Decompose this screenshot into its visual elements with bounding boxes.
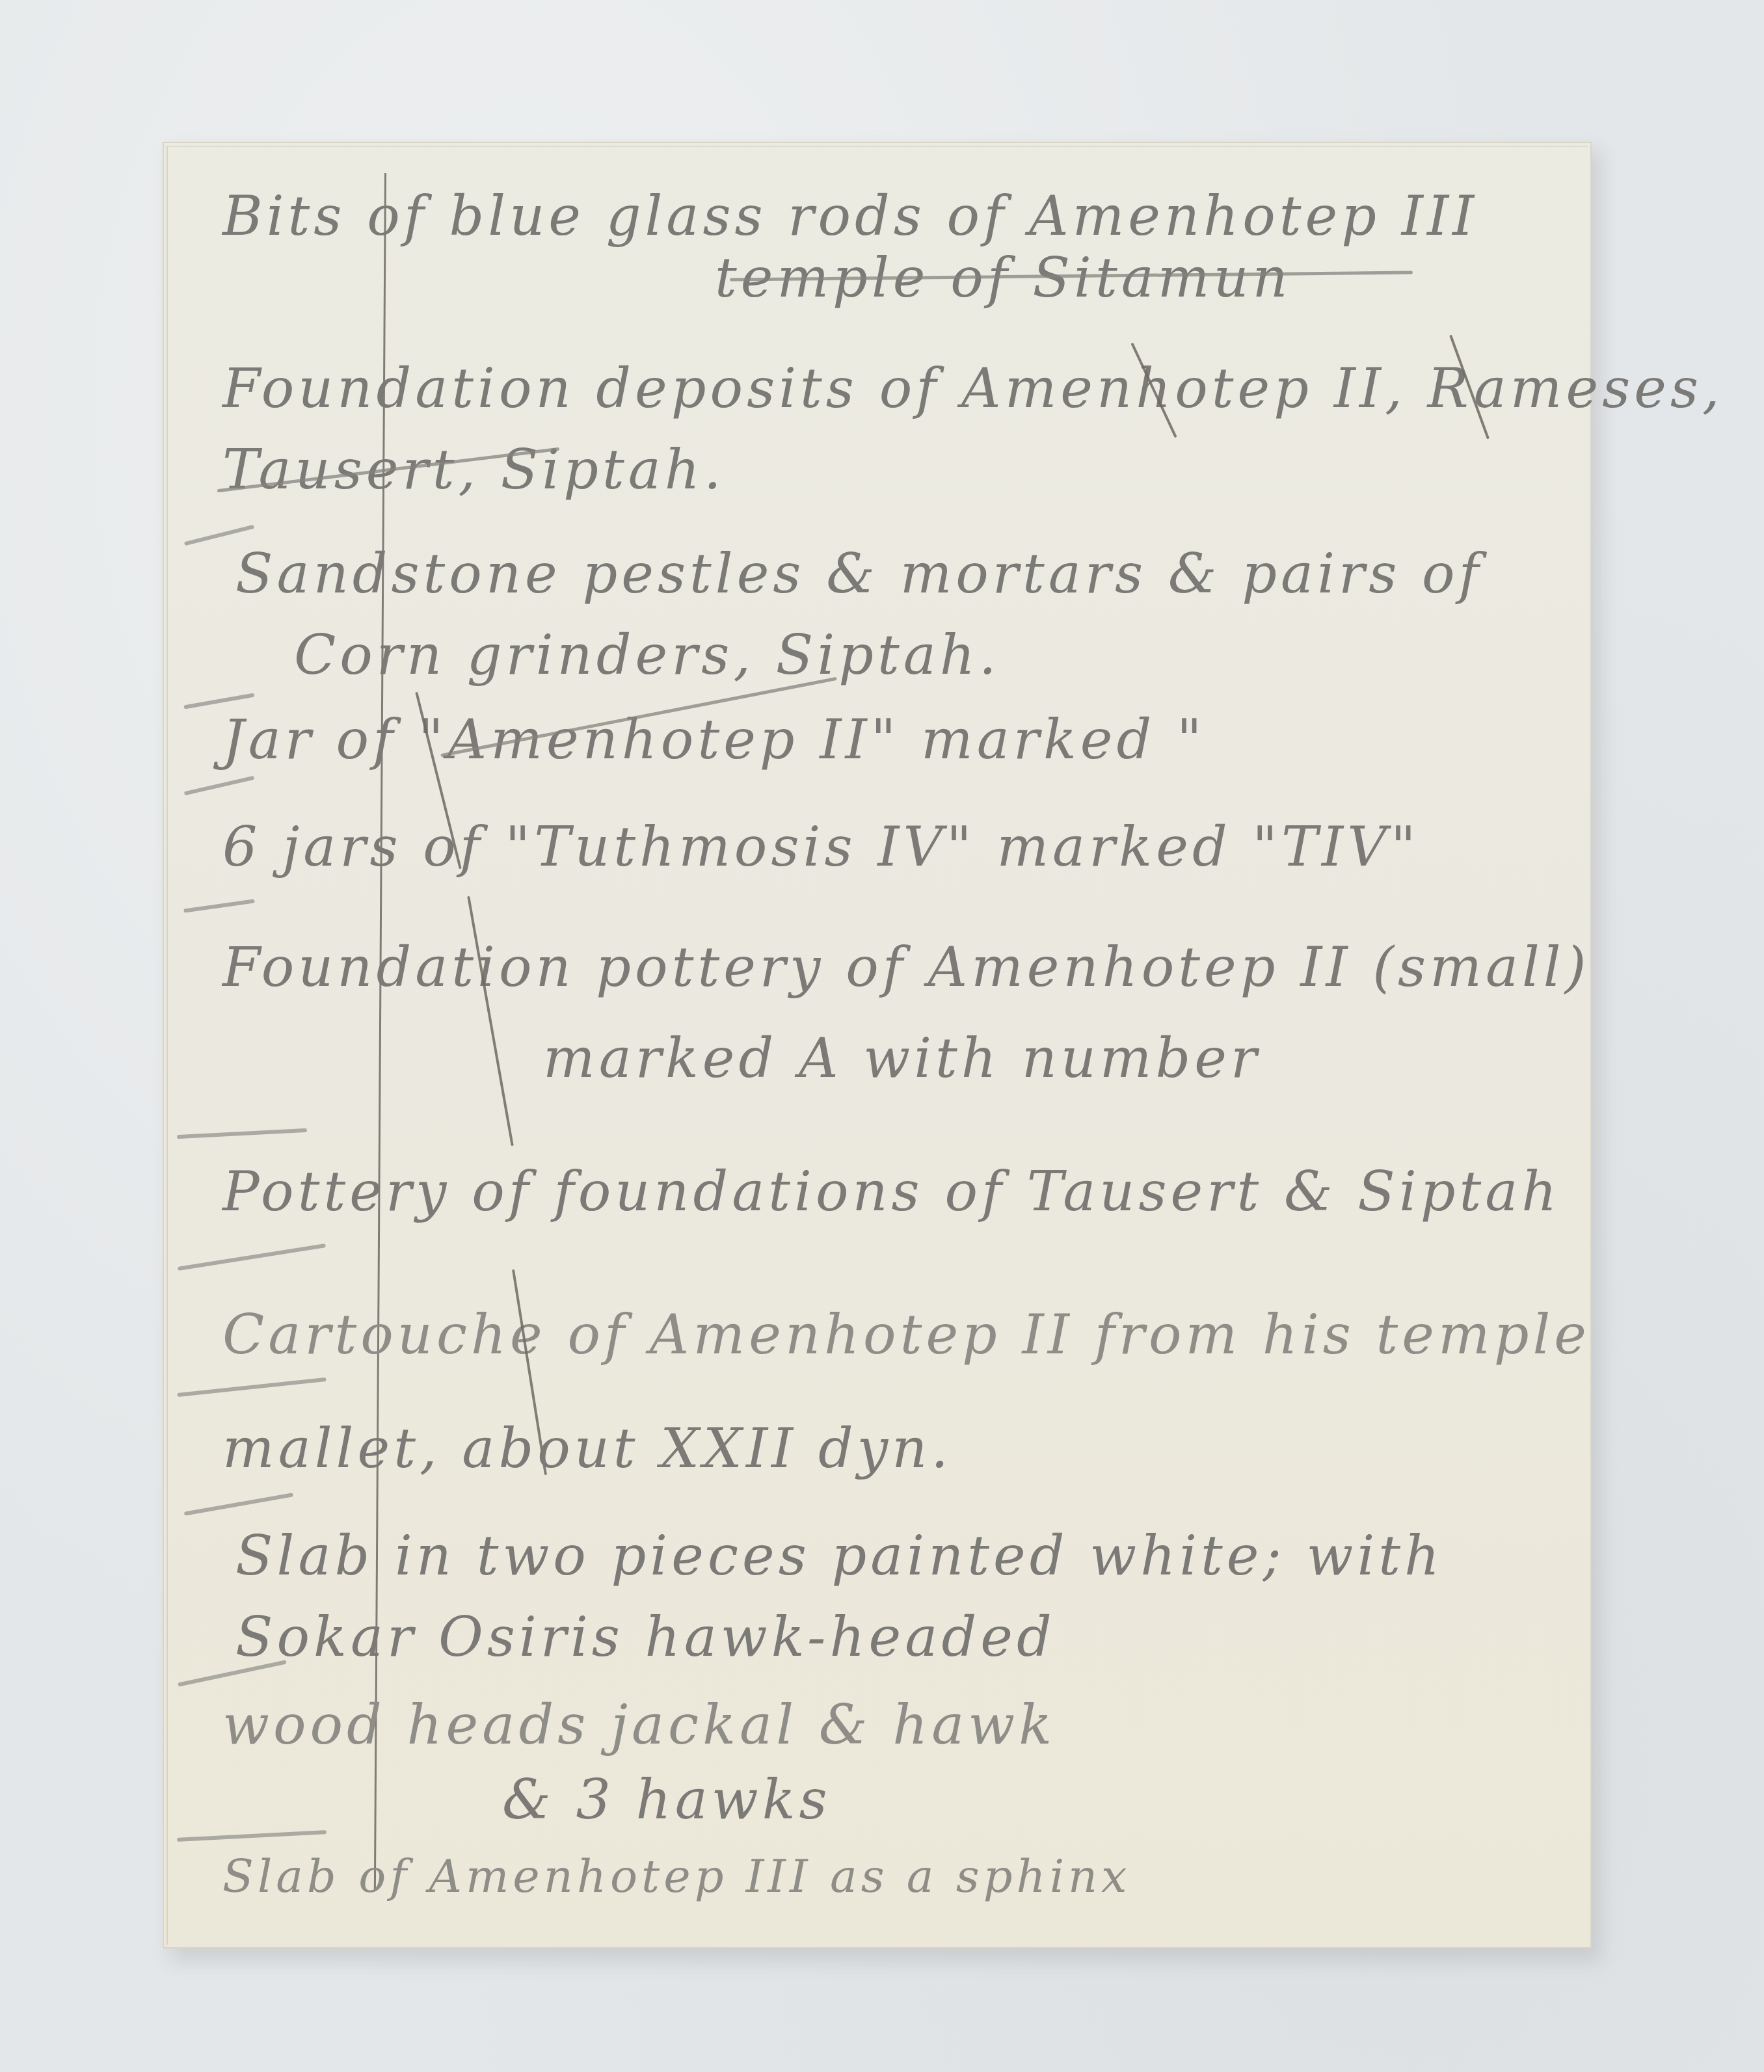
- note-line-12: Cartouche of Amenhotep II from his templ…: [222, 1307, 1590, 1362]
- note-line-6: Corn grinders, Siptah.: [294, 628, 1000, 682]
- note-line-13: mallet, about XXII dyn.: [222, 1421, 952, 1476]
- note-line-8: 6 jars of "Tuthmosis IV" marked "TIV": [222, 819, 1420, 874]
- note-line-14: Slab in two pieces painted white; with: [235, 1528, 1443, 1583]
- note-line-18: Slab of Amenhotep III as a sphinx: [222, 1853, 1131, 1899]
- note-line-7: Jar of "Amenhotep II" marked ": [222, 712, 1206, 767]
- note-line-5: Sandstone pestles & mortars & pairs of: [235, 546, 1483, 601]
- note-line-1: Bits of blue glass rods of Amenhotep III: [222, 189, 1478, 243]
- handwritten-note-sheet: Bits of blue glass rods of Amenhotep III…: [163, 142, 1592, 1948]
- note-line-10: marked A with number: [543, 1031, 1261, 1085]
- note-line-3: Foundation deposits of Amenhotep II, Ram…: [222, 361, 1724, 416]
- note-line-15: Sokar Osiris hawk-headed: [235, 1610, 1056, 1664]
- note-line-4: Tausert, Siptah.: [222, 442, 725, 497]
- note-line-9: Foundation pottery of Amenhotep II (smal…: [222, 940, 1590, 994]
- note-line-16: wood heads jackal & hawk: [222, 1697, 1056, 1752]
- note-line-11: Pottery of foundations of Tausert & Sipt…: [222, 1164, 1560, 1219]
- note-line-17: & 3 hawks: [502, 1772, 831, 1827]
